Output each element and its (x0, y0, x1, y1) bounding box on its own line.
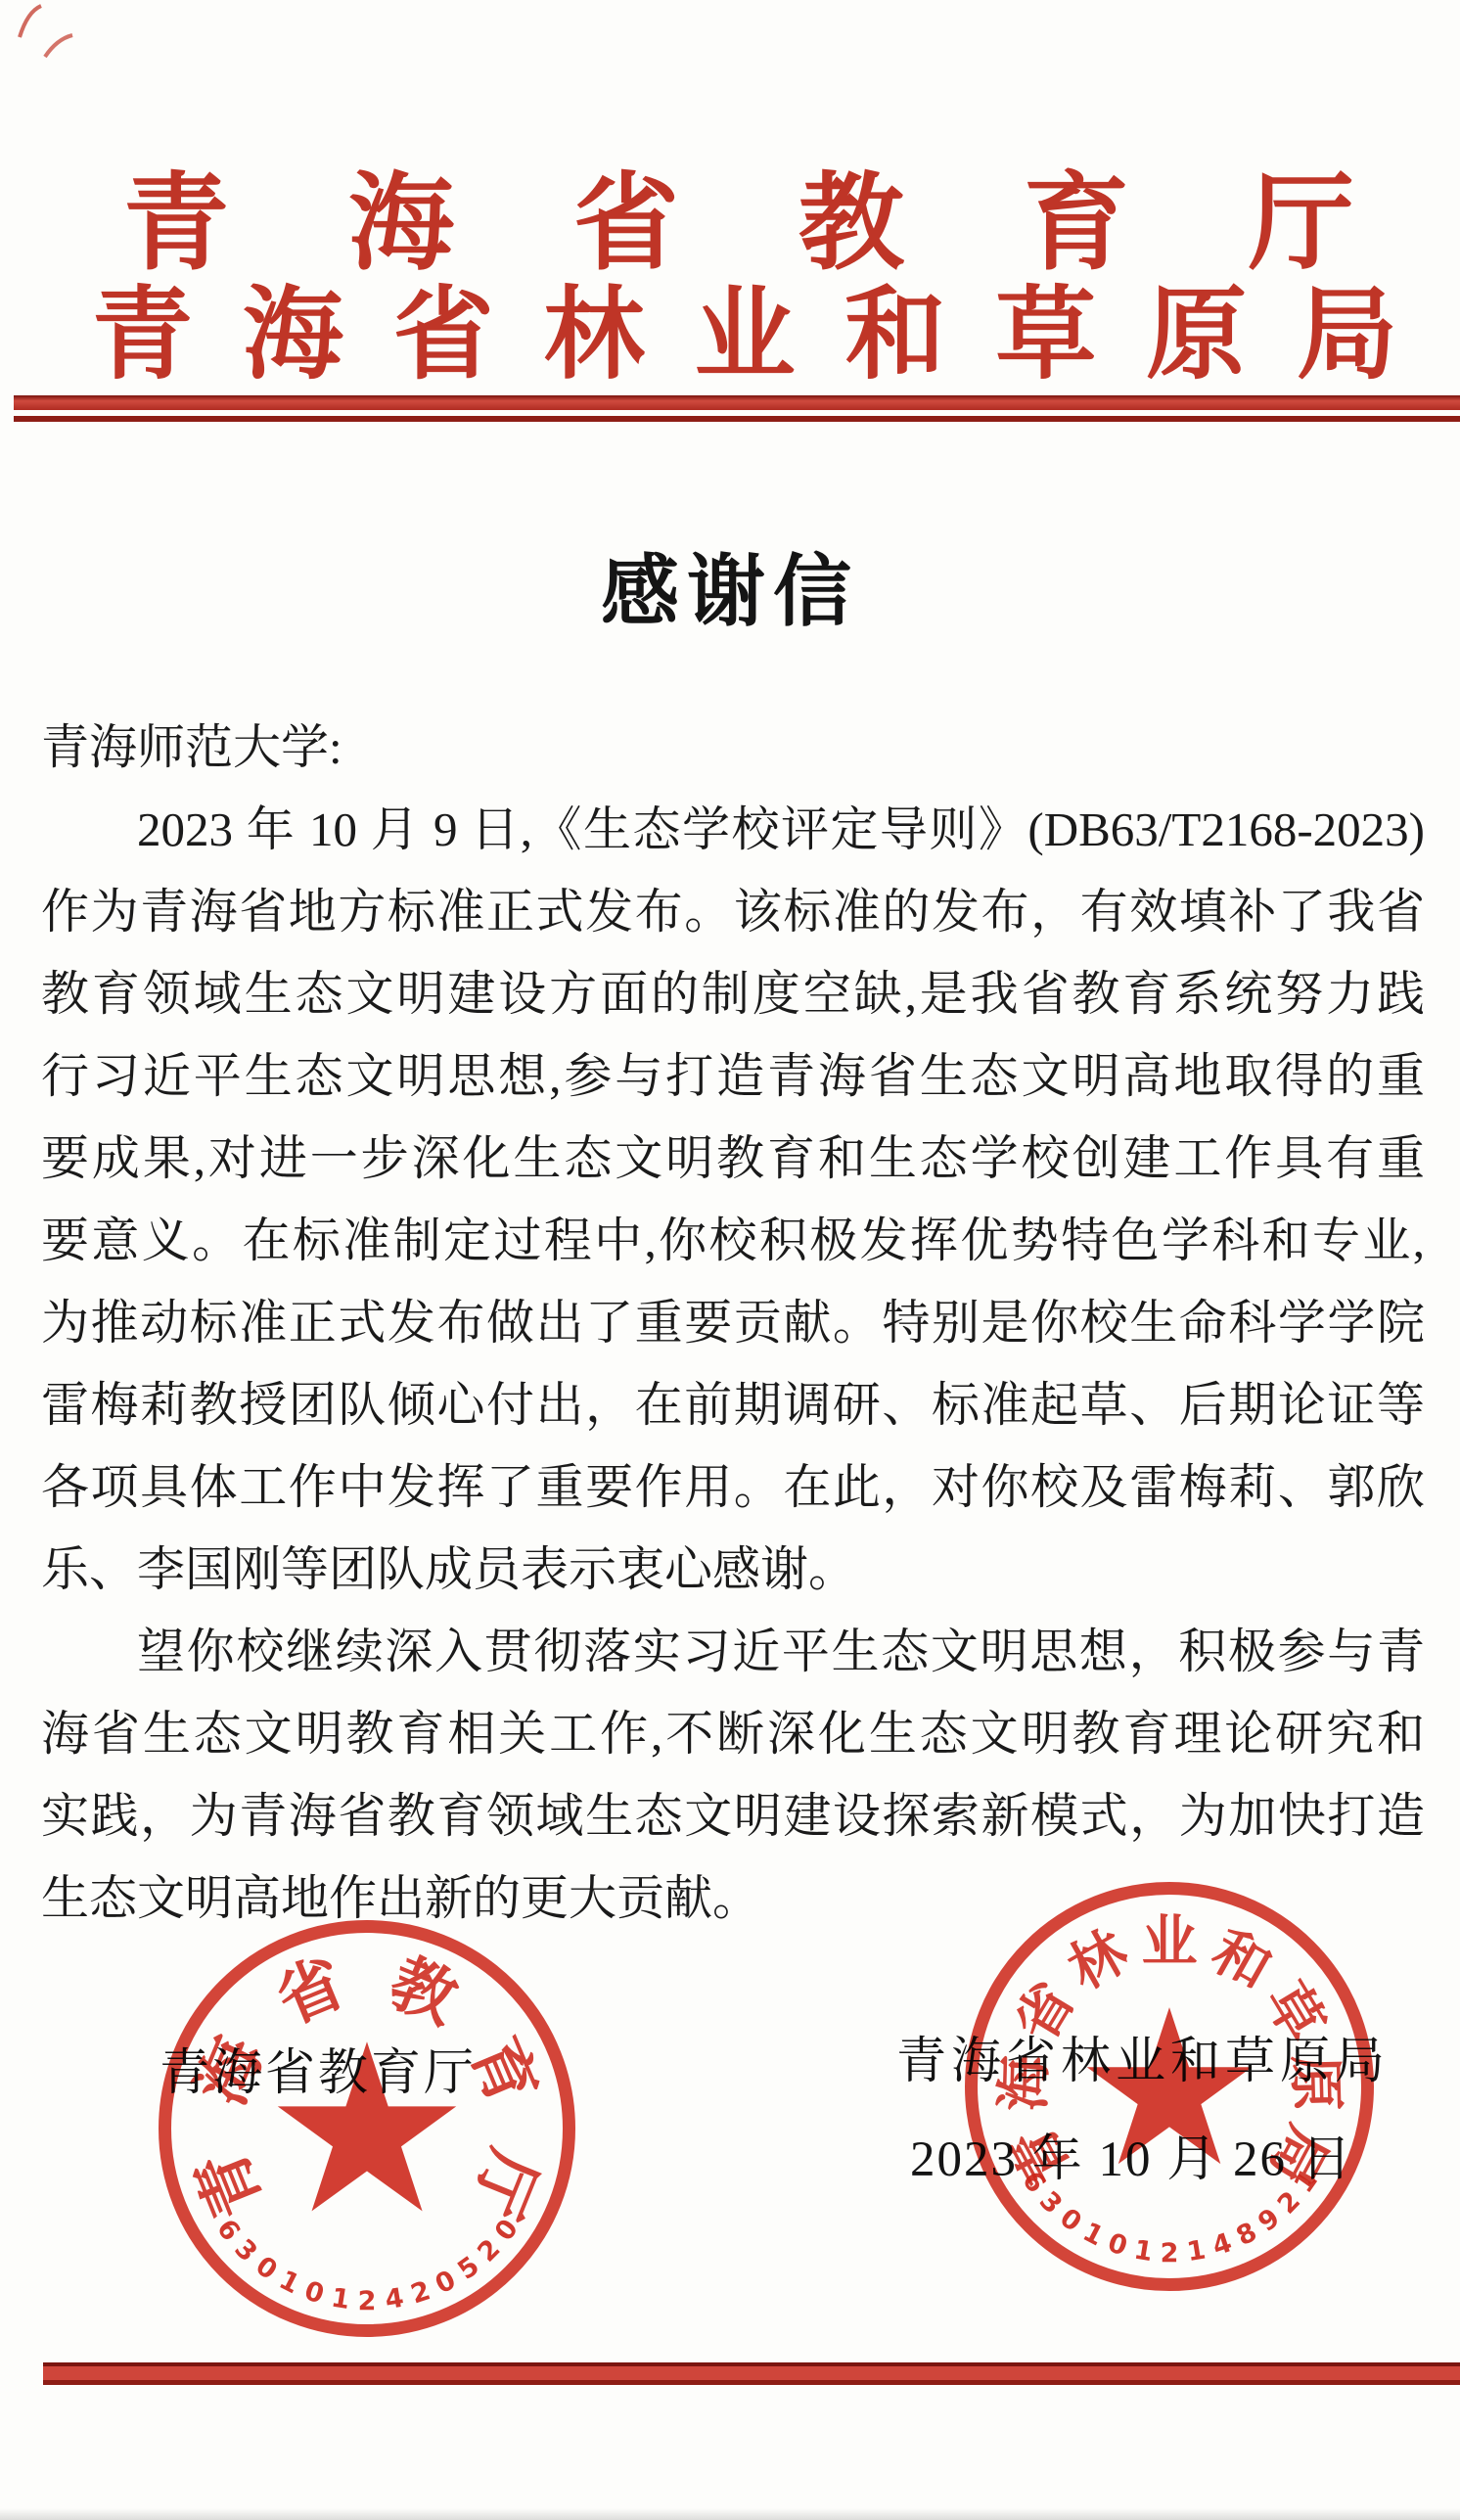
body-line: 要成果,对进一步深化生态文明教育和生态学校创建工作具有重 (41, 1118, 1425, 1200)
seal-arc-char: 原 (1286, 2054, 1343, 2111)
seal-forestry-bureau: ★ 青海省林业和草原局 6301012148921 (965, 1882, 1374, 2291)
letterhead-char: 育 (1024, 168, 1129, 283)
body-line: 乐、李国刚等团队成员表示衷心感谢。 (41, 1529, 1425, 1611)
seal-serial-digit: 1 (1127, 2235, 1158, 2266)
letterhead-char: 林 (544, 282, 645, 390)
seal-arc-char: 海 (996, 2054, 1053, 2111)
body-line: 为推动标准正式发布做出了重要贡献。特别是你校生命科学学院 (41, 1282, 1425, 1364)
letter-body: 青海师范大学:2023 年 10 月 9 日,《生态学校评定导则》(DB63/T… (41, 707, 1425, 1940)
letterhead-char: 青 (123, 168, 229, 283)
star-icon: ★ (1072, 1981, 1265, 2196)
footer-double-rule (43, 2362, 1460, 2385)
header-double-rule (14, 395, 1460, 422)
seal-serial-digit: 2 (354, 2288, 381, 2314)
body-line: 2023 年 10 月 9 日,《生态学校评定导则》(DB63/T2168-20… (41, 789, 1425, 871)
letterhead-char: 海 (243, 282, 343, 390)
rule-thin-line (43, 2380, 1460, 2385)
body-line: 教育领域生态文明建设方面的制度空缺,是我省教育系统努力践 (41, 953, 1425, 1035)
rule-band (14, 395, 1460, 410)
body-line: 实践，为青海省教育领域生态文明建设探索新模式，为加快打造 (41, 1775, 1425, 1857)
seal-arc-char: 业 (1142, 1914, 1198, 1970)
seal-serial-digit: 1 (325, 2283, 355, 2314)
pen-mark-icon (12, 0, 106, 65)
salutation: 青海师范大学: (41, 707, 1425, 789)
letterhead-char: 和 (844, 282, 945, 390)
letterhead-char: 局 (1297, 282, 1397, 390)
letterhead-line-2: 青海省林业和草原局 (92, 282, 1397, 390)
scan-edge-shadow (0, 2508, 1460, 2520)
letterhead-char: 厅 (1249, 168, 1354, 283)
body-line: 望你校继续深入贯彻落实习近平生态文明思想，积极参与青 (41, 1611, 1425, 1693)
body-line: 海省生态文明教育相关工作,不断深化生态文明教育理论研究和 (41, 1693, 1425, 1775)
letterhead-char: 青 (92, 282, 193, 390)
body-line: 要意义。在标准制定过程中,你校积极发挥优势特色学科和专业, (41, 1200, 1425, 1282)
letterhead-line-1: 青海省教育厅 (123, 168, 1354, 283)
letterhead-char: 教 (798, 168, 904, 283)
star-icon: ★ (262, 2014, 471, 2247)
body-line: 雷梅莉教授团队倾心付出，在前期调研、标准起草、后期论证等 (41, 1364, 1425, 1446)
body-line: 行习近平生态文明思想,参与打造青海省生态文明高地取得的重 (41, 1035, 1425, 1118)
seal-serial-digit: 2 (1157, 2240, 1183, 2267)
rule-band (43, 2366, 1460, 2380)
letter-title: 感谢信 (0, 528, 1460, 641)
letterhead-char: 草 (995, 282, 1096, 390)
letterhead-char: 原 (1146, 282, 1247, 390)
body-line: 作为青海省地方标准正式发布。该标准的发布，有效填补了我省 (41, 871, 1425, 953)
body-line: 各项具体工作中发挥了重要作用。在此，对你校及雷梅莉、郭欣 (41, 1446, 1425, 1529)
letter-page: 青海省教育厅 青海省林业和草原局 感谢信 青海师范大学:2023 年 10 月 … (0, 0, 1460, 2520)
rule-thin-line (14, 416, 1460, 422)
seal-education-department: ★ 青海省教育厅 6301012420520 (159, 1920, 575, 2337)
letterhead-char: 省 (573, 168, 679, 283)
letterhead-char: 业 (695, 282, 796, 390)
letterhead-char: 海 (348, 168, 454, 283)
letterhead-char: 省 (393, 282, 494, 390)
